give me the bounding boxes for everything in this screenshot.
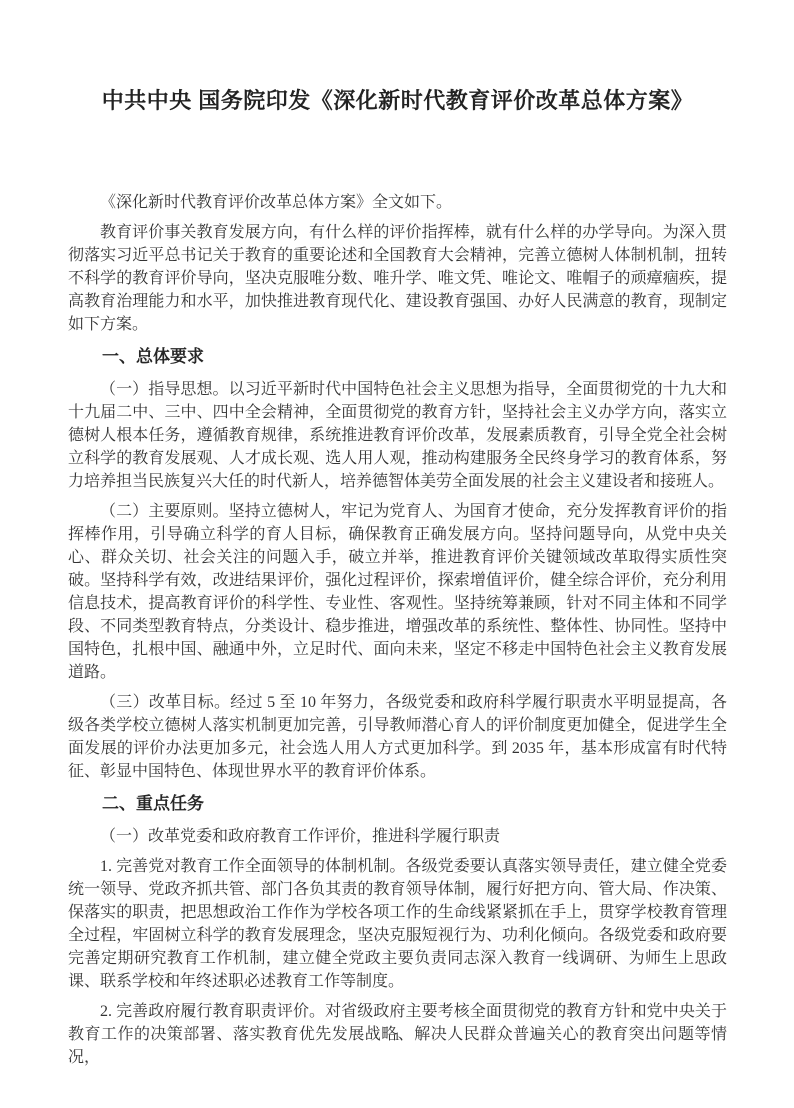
paragraph-guiding-ideology: （一）指导思想。以习近平新时代中国特色社会主义思想为指导，全面贯彻党的十九大和十… [68, 378, 727, 493]
document-page: 中共中央 国务院印发《深化新时代教育评价改革总体方案》 《深化新时代教育评价改革… [0, 0, 794, 1108]
preamble-paragraph: 教育评价事关教育发展方向，有什么样的评价指挥棒，就有什么样的办学导向。为深入贯彻… [68, 221, 727, 336]
paragraph-item-1: 1. 完善党对教育工作全面领导的体制机制。各级党委要认真落实领导责任，建立健全党… [68, 855, 727, 993]
paragraph-reform-goals: （三）改革目标。经过 5 至 10 年努力，各级党委和政府科学履行职责水平明显提… [68, 691, 727, 783]
document-content: 中共中央 国务院印发《深化新时代教育评价改革总体方案》 《深化新时代教育评价改革… [0, 0, 794, 1069]
document-title: 中共中央 国务院印发《深化新时代教育评价改革总体方案》 [68, 87, 727, 115]
section-heading-overall-requirements: 一、总体要求 [68, 345, 727, 368]
intro-paragraph: 《深化新时代教育评价改革总体方案》全文如下。 [68, 191, 727, 214]
page-number: 1 [0, 1029, 794, 1044]
section-heading-key-tasks: 二、重点任务 [68, 792, 727, 815]
subsection-heading-party-government-evaluation: （一）改革党委和政府教育工作评价，推进科学履行职责 [68, 825, 727, 848]
paragraph-main-principles: （二）主要原则。坚持立德树人，牢记为党育人、为国育才使命，充分发挥教育评价的指挥… [68, 500, 727, 684]
